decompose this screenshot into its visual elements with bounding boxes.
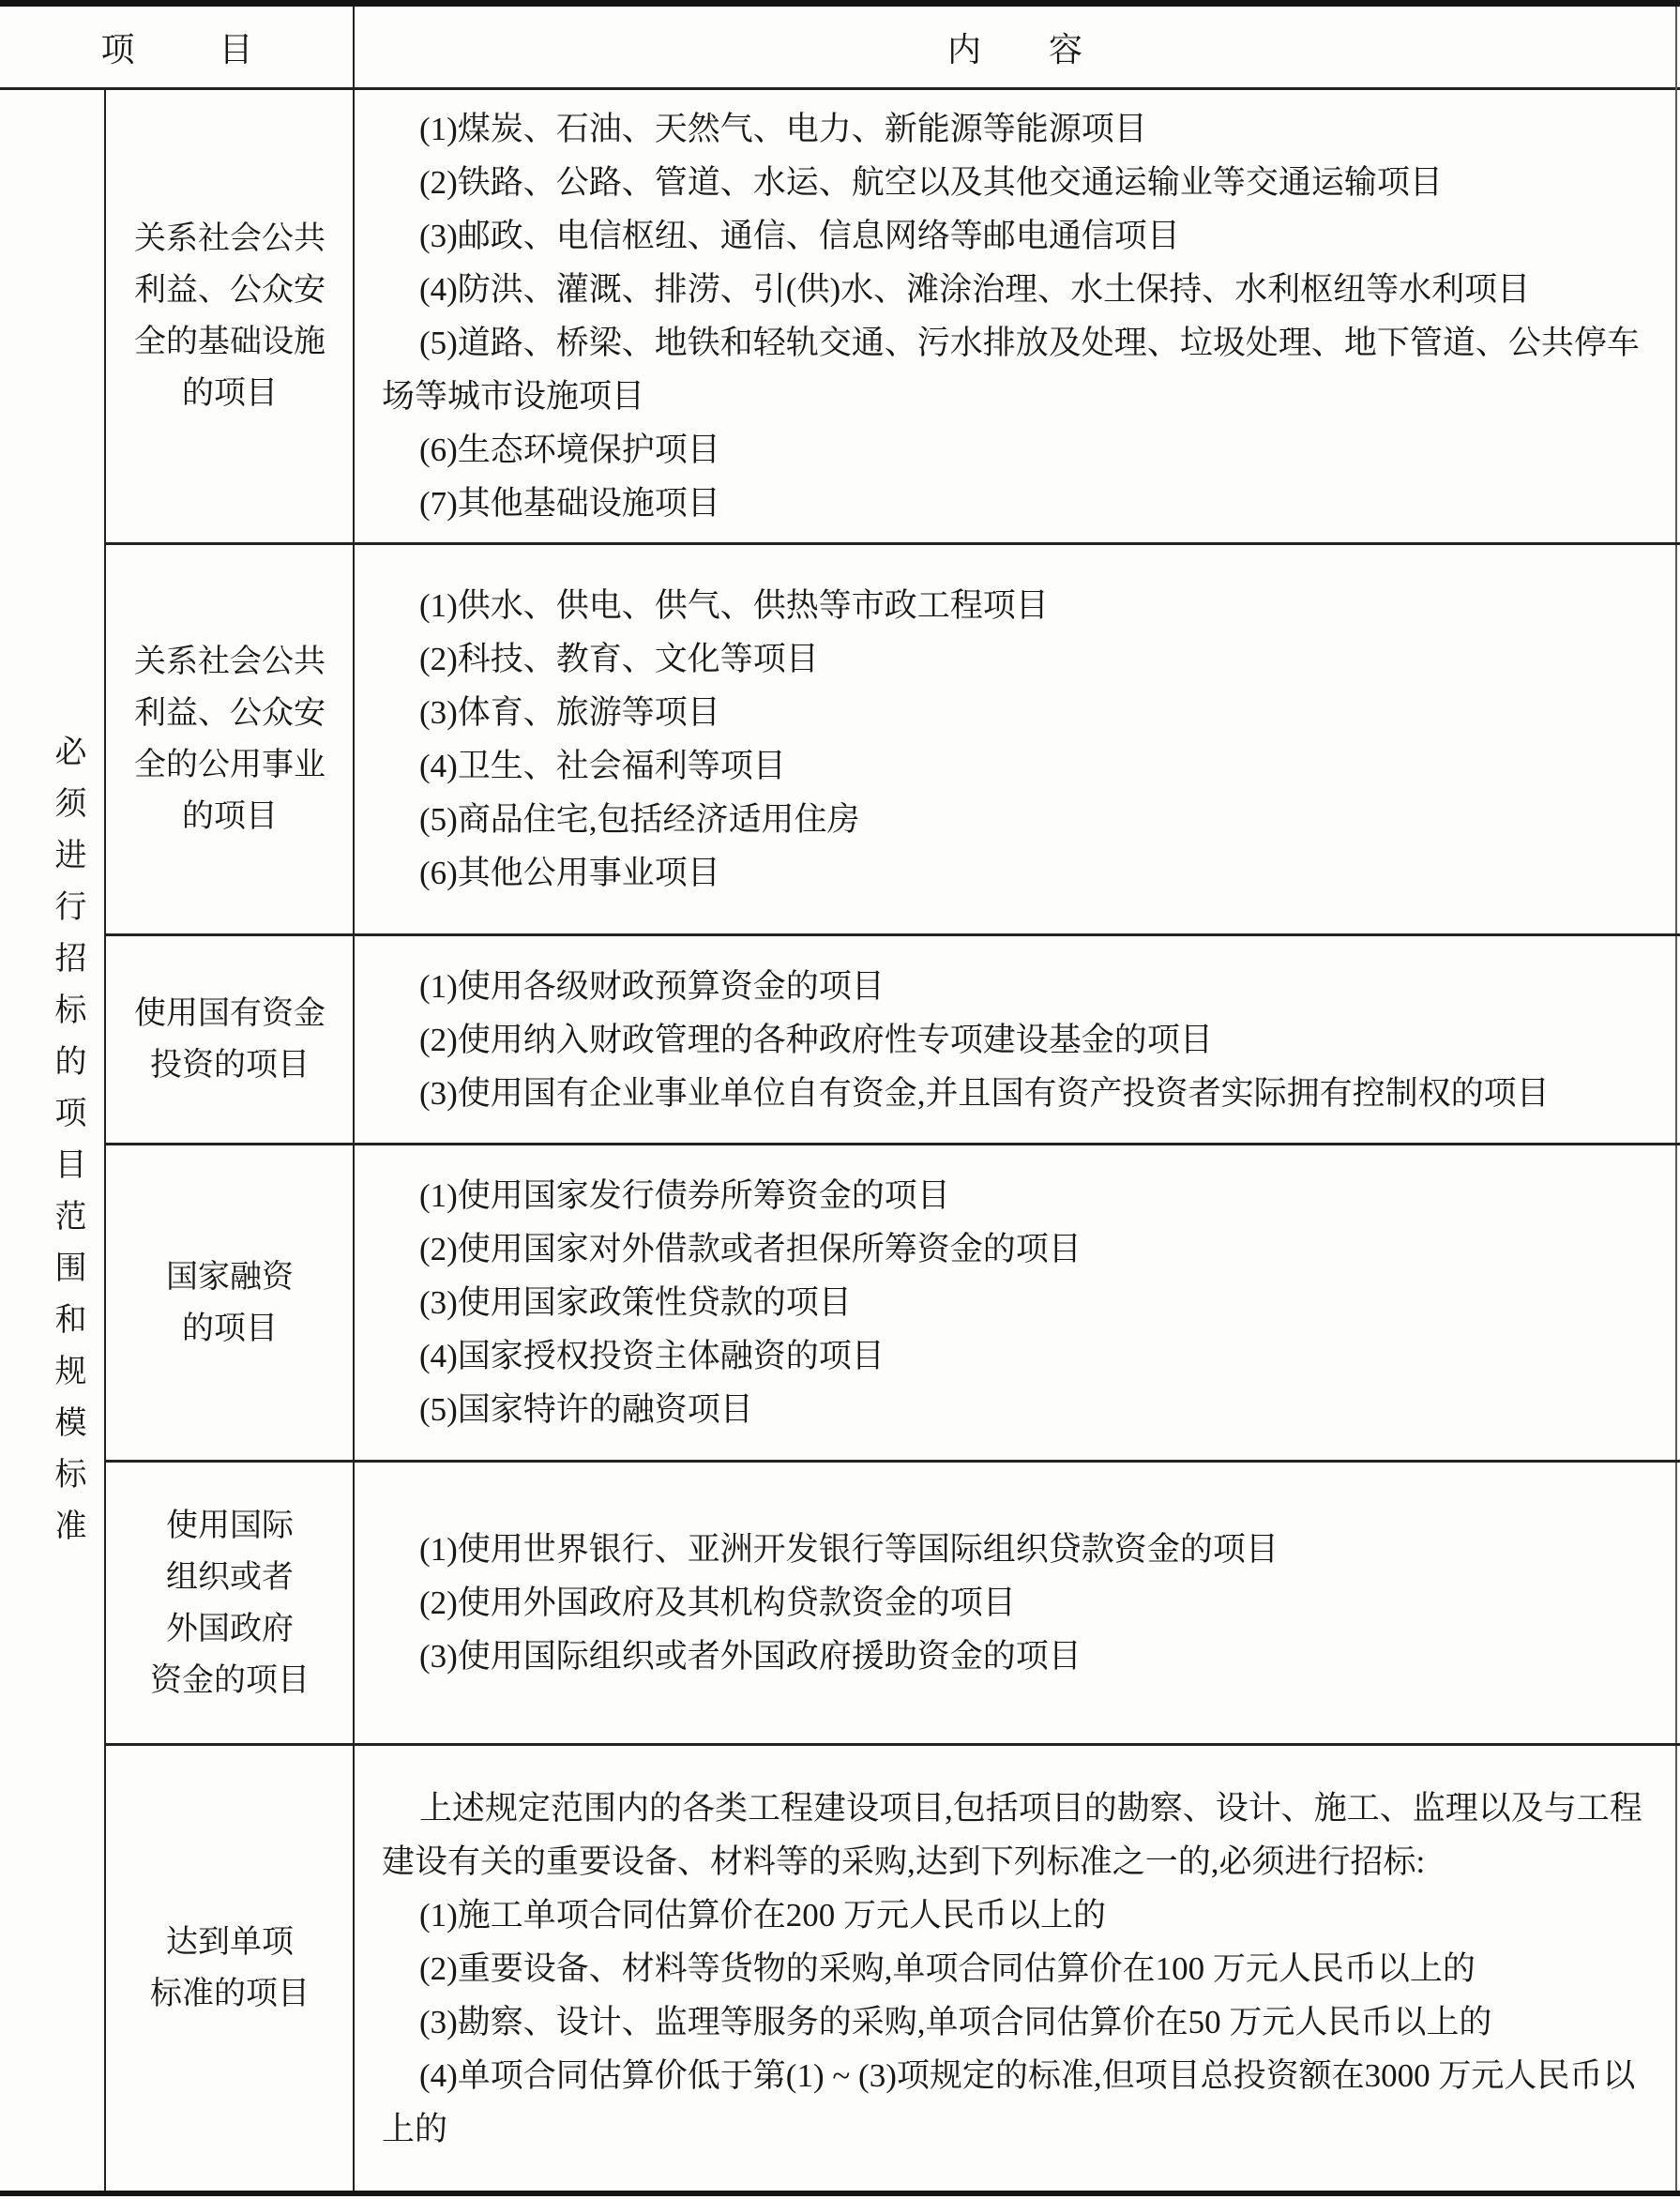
list-item: (5)商品住宅,包括经济适用住房	[382, 793, 1642, 846]
table-row: 国家融资 的项目 (1)使用国家发行债券所筹资金的项目(2)使用国家对外借款或者…	[106, 1145, 1675, 1460]
content-cell: (1)使用国家发行债券所筹资金的项目(2)使用国家对外借款或者担保所筹资金的项目…	[354, 1145, 1675, 1460]
list-item: (1)施工单项合同估算价在200 万元人民币以上的	[382, 1888, 1642, 1942]
column-header-content-label: 内容	[947, 23, 1150, 71]
vertical-divider-columns	[353, 7, 355, 2193]
category-cell: 国家融资 的项目	[106, 1145, 354, 1460]
content-cell: 上述规定范围内的各类工程建设项目,包括项目的勘察、设计、施工、监理以及与工程建设…	[354, 1746, 1675, 2191]
list-item: (2)使用纳入财政管理的各种政府性专项建设基金的项目	[382, 1013, 1642, 1067]
list-item: (6)生态环境保护项目	[382, 423, 1642, 477]
table-border-right	[1675, 7, 1677, 2193]
list-item: (3)勘察、设计、监理等服务的采购,单项合同估算价在50 万元人民币以上的	[382, 1995, 1642, 2049]
row-divider	[104, 1460, 1680, 1463]
document-table-page: 项目 内容 必须进行招标的项目范围和规模标准 关系社会公共 利益、公众安 全的基…	[0, 0, 1680, 2199]
content-cell: (1)使用各级财政预算资金的项目(2)使用纳入财政管理的各种政府性专项建设基金的…	[354, 936, 1675, 1143]
category-cell: 达到单项 标准的项目	[106, 1746, 354, 2191]
list-item: (4)防洪、灌溉、排涝、引(供)水、滩涂治理、水土保持、水利枢纽等水利项目	[382, 263, 1642, 316]
list-item: (1)使用世界银行、亚洲开发银行等国际组织贷款资金的项目	[382, 1523, 1642, 1576]
list-item: (4)国家授权投资主体融资的项目	[382, 1329, 1642, 1383]
list-item: (2)重要设备、材料等货物的采购,单项合同估算价在100 万元人民币以上的	[382, 1942, 1642, 1995]
table-row: 关系社会公共 利益、公众安 全的基础设施 的项目 (1)煤炭、石油、天然气、电力…	[106, 89, 1675, 542]
list-item: (2)使用国家对外借款或者担保所筹资金的项目	[382, 1222, 1642, 1276]
category-cell: 关系社会公共 利益、公众安 全的公用事业 的项目	[106, 545, 354, 933]
list-item: (2)铁路、公路、管道、水运、航空以及其他交通运输业等交通运输项目	[382, 156, 1642, 209]
content-list: (1)供水、供电、供气、供热等市政工程项目(2)科技、教育、文化等项目(3)体育…	[382, 579, 1642, 900]
table-border-bottom	[0, 2191, 1680, 2196]
table-row: 使用国有资金 投资的项目 (1)使用各级财政预算资金的项目(2)使用纳入财政管理…	[106, 936, 1675, 1143]
list-item: (3)使用国际组织或者外国政府援助资金的项目	[382, 1630, 1642, 1683]
row-divider	[104, 1143, 1680, 1145]
content-list: (1)使用国家发行债券所筹资金的项目(2)使用国家对外借款或者担保所筹资金的项目…	[382, 1169, 1642, 1436]
list-item: (1)使用各级财政预算资金的项目	[382, 960, 1642, 1013]
content-cell: (1)使用世界银行、亚洲开发银行等国际组织贷款资金的项目(2)使用外国政府及其机…	[354, 1463, 1675, 1743]
row-divider	[104, 933, 1680, 936]
column-header-project-label: 项目	[100, 23, 337, 71]
list-item: (4)卫生、社会福利等项目	[382, 739, 1642, 793]
category-cell: 使用国有资金 投资的项目	[106, 936, 354, 1143]
vertical-divider-side	[104, 89, 106, 2193]
table-border-top	[0, 0, 1680, 7]
list-item: (7)其他基础设施项目	[382, 477, 1642, 530]
list-item: (4)单项合同估算价低于第(1) ~ (3)项规定的标准,但项目总投资额在300…	[382, 2049, 1642, 2156]
list-item: (1)使用国家发行债券所筹资金的项目	[382, 1169, 1642, 1222]
side-title-vertical-text: 必须进行招标的项目范围和规模标准	[53, 727, 88, 1553]
list-item: (1)供水、供电、供气、供热等市政工程项目	[382, 579, 1642, 632]
table-row: 达到单项 标准的项目 上述规定范围内的各类工程建设项目,包括项目的勘察、设计、施…	[106, 1746, 1675, 2191]
list-item: (5)国家特许的融资项目	[382, 1383, 1642, 1436]
list-item: (3)使用国有企业事业单位自有资金,并且国有资产投资者实际拥有控制权的项目	[382, 1067, 1642, 1120]
list-item: (2)使用外国政府及其机构贷款资金的项目	[382, 1576, 1642, 1630]
content-cell: (1)煤炭、石油、天然气、电力、新能源等能源项目(2)铁路、公路、管道、水运、航…	[354, 89, 1675, 542]
side-title-cell: 必须进行招标的项目范围和规模标准	[0, 89, 104, 2191]
list-item: (1)煤炭、石油、天然气、电力、新能源等能源项目	[382, 102, 1642, 156]
content-cell: (1)供水、供电、供气、供热等市政工程项目(2)科技、教育、文化等项目(3)体育…	[354, 545, 1675, 933]
list-item: (3)体育、旅游等项目	[382, 686, 1642, 739]
content-intro: 上述规定范围内的各类工程建设项目,包括项目的勘察、设计、施工、监理以及与工程建设…	[382, 1782, 1642, 1888]
content-list: (1)使用世界银行、亚洲开发银行等国际组织贷款资金的项目(2)使用外国政府及其机…	[382, 1523, 1642, 1683]
column-header-content: 内容	[355, 7, 1675, 87]
list-item: (3)使用国家政策性贷款的项目	[382, 1276, 1642, 1329]
row-divider	[104, 542, 1680, 545]
category-cell: 使用国际 组织或者 外国政府 资金的项目	[106, 1463, 354, 1743]
column-header-project: 项目	[0, 7, 354, 87]
list-item: (3)邮政、电信枢纽、通信、信息网络等邮电通信项目	[382, 209, 1642, 263]
header-divider	[0, 87, 1680, 90]
list-item: (6)其他公用事业项目	[382, 846, 1642, 900]
content-list: (1)煤炭、石油、天然气、电力、新能源等能源项目(2)铁路、公路、管道、水运、航…	[382, 102, 1642, 530]
row-divider	[104, 1743, 1680, 1746]
list-item: (5)道路、桥梁、地铁和轻轨交通、污水排放及处理、垃圾处理、地下管道、公共停车场…	[382, 316, 1642, 423]
table-row: 使用国际 组织或者 外国政府 资金的项目 (1)使用世界银行、亚洲开发银行等国际…	[106, 1463, 1675, 1743]
content-list: (1)施工单项合同估算价在200 万元人民币以上的(2)重要设备、材料等货物的采…	[382, 1888, 1642, 2156]
content-list: (1)使用各级财政预算资金的项目(2)使用纳入财政管理的各种政府性专项建设基金的…	[382, 960, 1642, 1120]
table-row: 关系社会公共 利益、公众安 全的公用事业 的项目 (1)供水、供电、供气、供热等…	[106, 545, 1675, 933]
list-item: (2)科技、教育、文化等项目	[382, 632, 1642, 686]
category-cell: 关系社会公共 利益、公众安 全的基础设施 的项目	[106, 89, 354, 542]
